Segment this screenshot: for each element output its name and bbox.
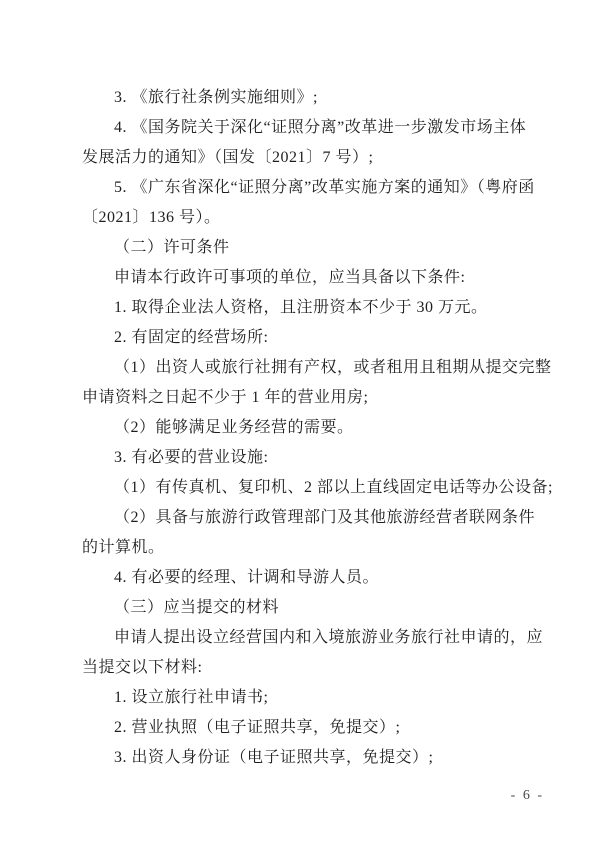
document-heading: （三）应当提交的材料 [82,593,544,623]
document-line: 3. 《旅行社条例实施细则》; [82,83,544,113]
document-line: 1. 设立旅行社申请书; [82,683,544,713]
document-line: 〔2021〕136 号）。 [82,203,544,233]
document-line: （2）能够满足业务经营的需要。 [82,413,544,443]
document-line: 4. 有必要的经理、计调和导游人员。 [82,563,544,593]
document-page: 3. 《旅行社条例实施细则》; 4. 《国务院关于深化“证照分离”改革进一步激发… [0,0,600,848]
document-line: 申请资料之日起不少于 1 年的营业用房; [82,383,544,413]
document-line: 当提交以下材料: [82,653,544,683]
document-line: 1. 取得企业法人资格，且注册资本不少于 30 万元。 [82,293,544,323]
document-line: 的计算机。 [82,533,544,563]
document-line: 申请人提出设立经营国内和入境旅游业务旅行社申请的，应 [82,623,544,653]
document-line: （1）出资人或旅行社拥有产权，或者租用且租期从提交完整 [82,353,544,383]
document-line: （1）有传真机、复印机、2 部以上直线固定电话等办公设备; [82,473,544,503]
page-number: - 6 - [511,788,544,804]
document-body: 3. 《旅行社条例实施细则》; 4. 《国务院关于深化“证照分离”改革进一步激发… [82,83,544,773]
document-line: 发展活力的通知》（国发〔2021〕7 号）; [82,143,544,173]
document-line: 2. 有固定的经营场所: [82,323,544,353]
document-line: 2. 营业执照（电子证照共享，免提交）; [82,713,544,743]
document-line: 5. 《广东省深化“证照分离”改革实施方案的通知》（粤府函 [82,173,544,203]
document-line: （2）具备与旅游行政管理部门及其他旅游经营者联网条件 [82,503,544,533]
document-heading: （二）许可条件 [82,233,544,263]
document-line: 3. 出资人身份证（电子证照共享，免提交）; [82,743,544,773]
document-line: 3. 有必要的营业设施: [82,443,544,473]
document-line: 4. 《国务院关于深化“证照分离”改革进一步激发市场主体 [82,113,544,143]
document-line: 申请本行政许可事项的单位，应当具备以下条件: [82,263,544,293]
